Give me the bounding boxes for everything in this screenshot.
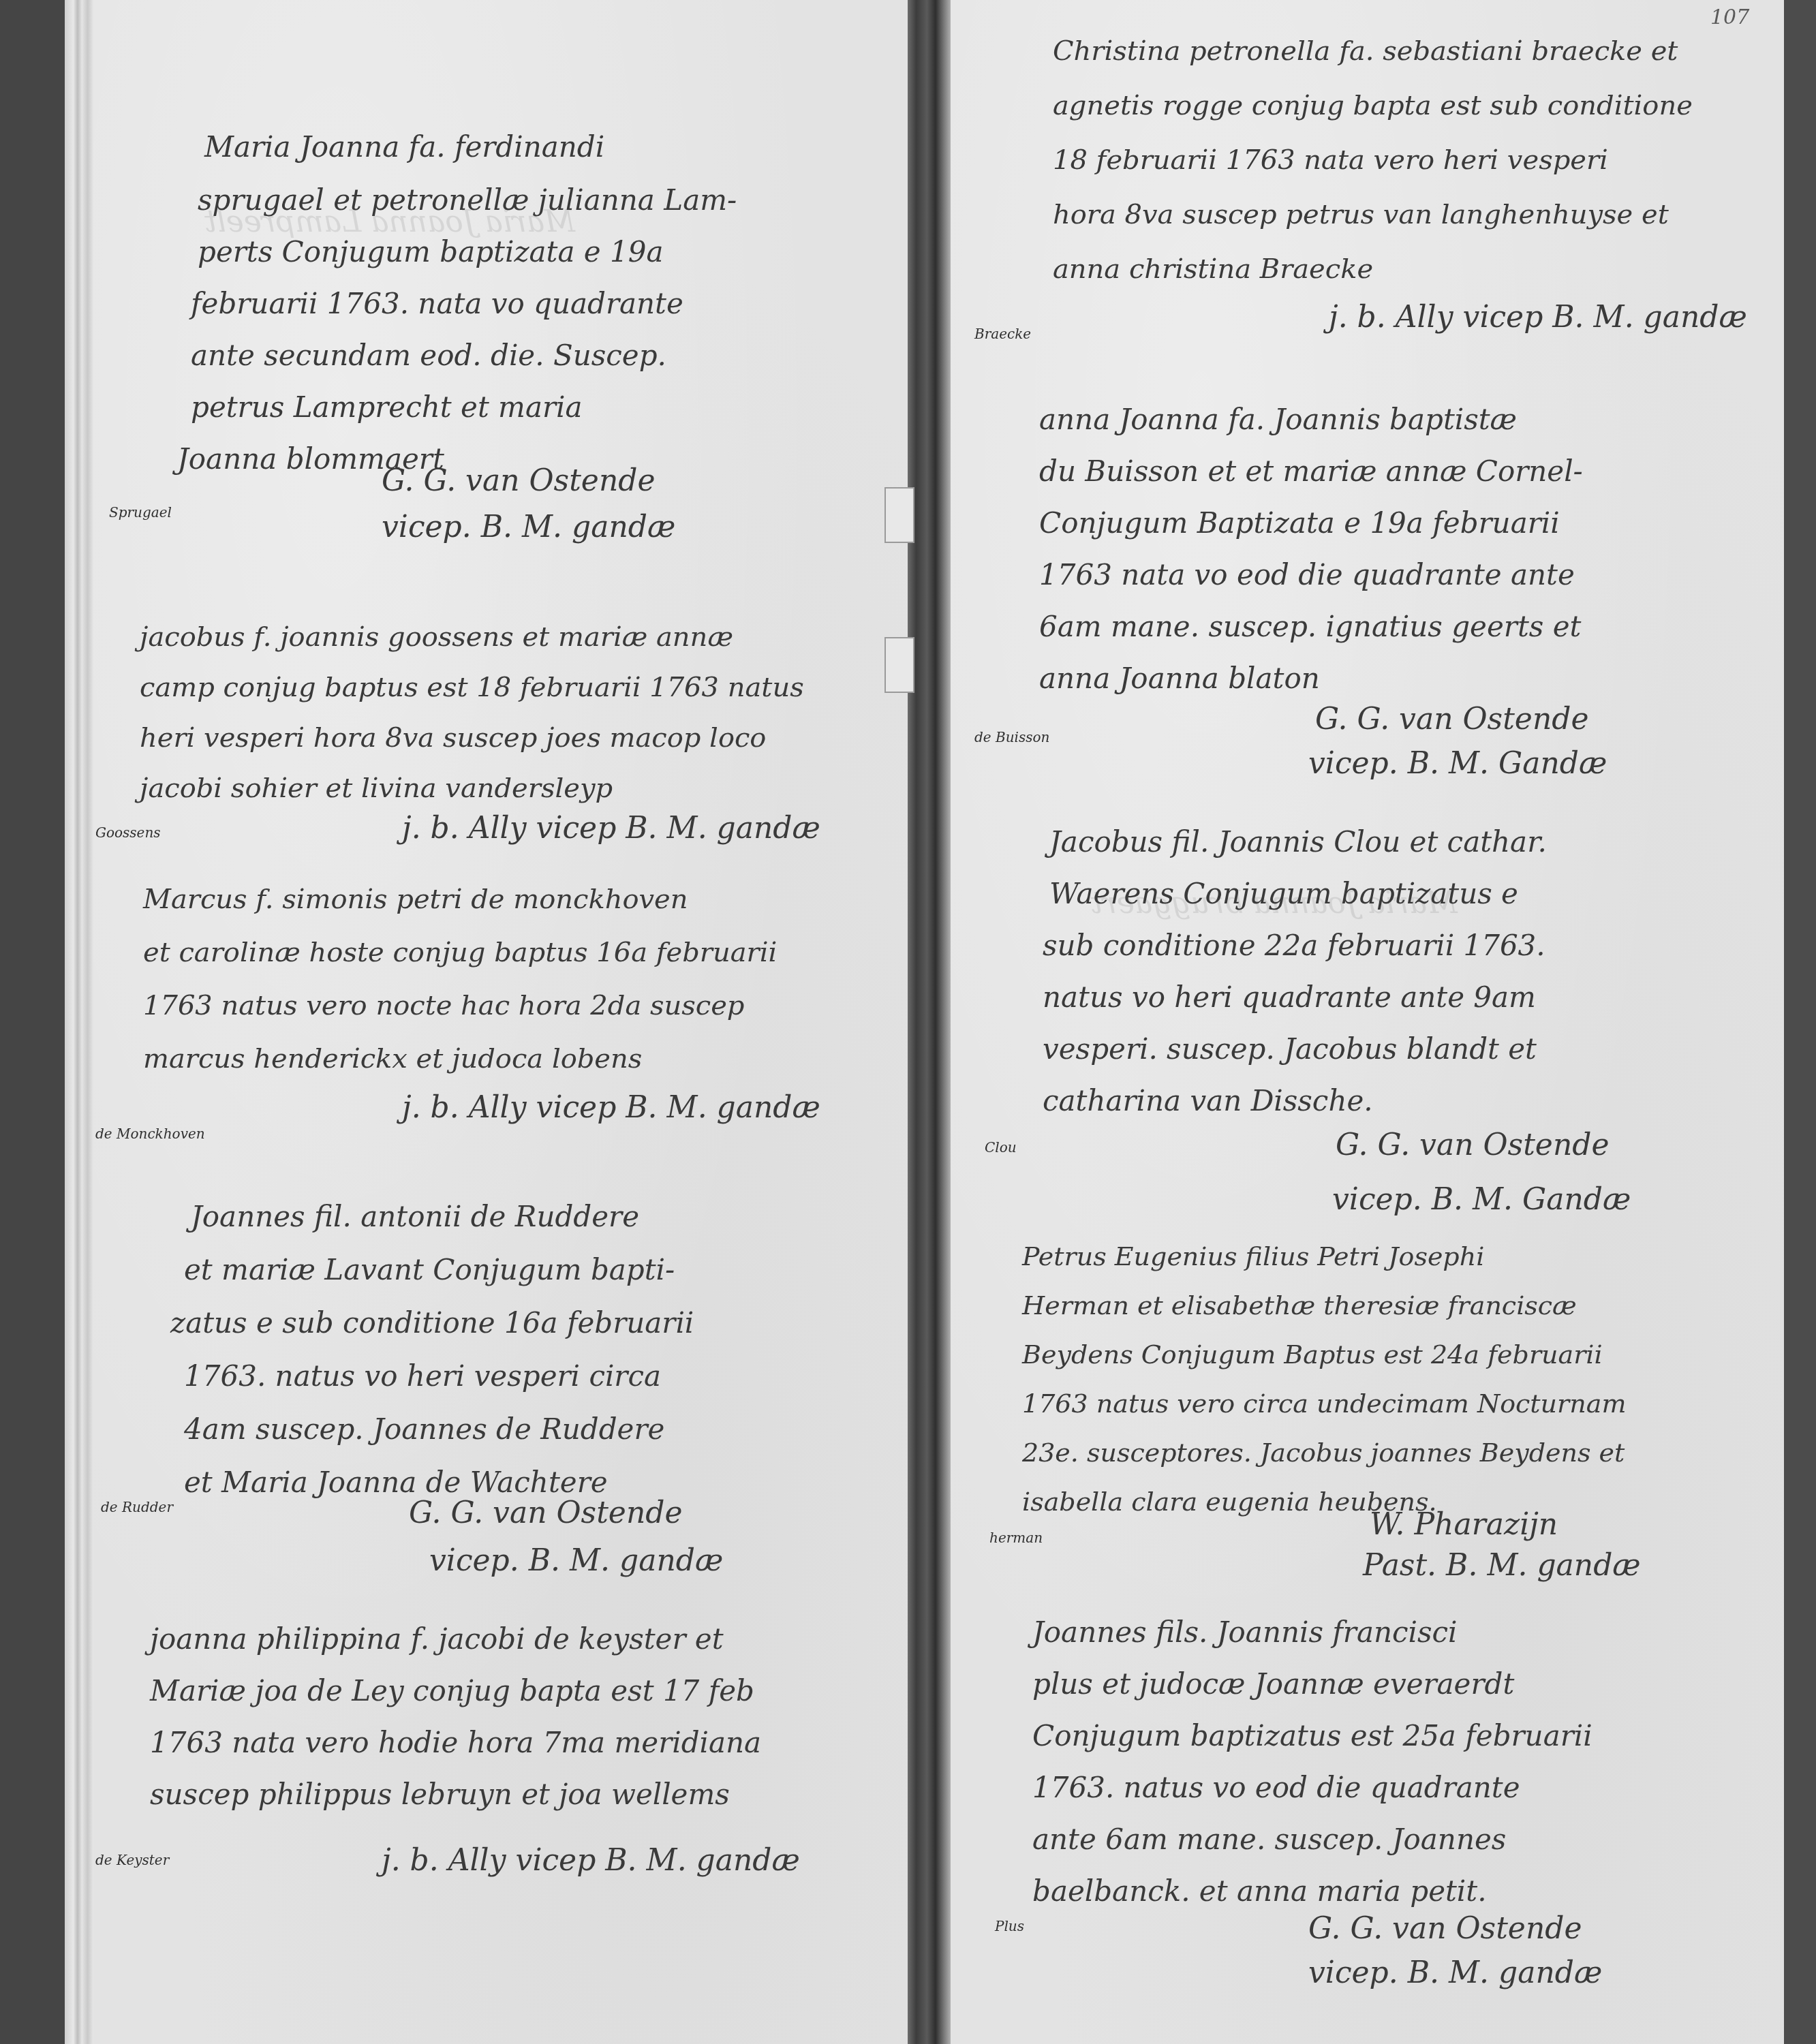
- entry-line: hora 8va suscep petrus van langhenhuyse …: [1053, 201, 1693, 255]
- entry-line: 1763 natus vero nocte hac hora 2da susce…: [143, 992, 777, 1045]
- margin-surname: herman: [989, 1530, 1043, 1546]
- scan-background-left: [0, 0, 65, 2044]
- officiant-signature: G. G. van Ostende: [409, 1496, 682, 1530]
- entry-line: Herman et elisabethæ theresiæ franciscæ: [1022, 1292, 1626, 1342]
- entry-line: Conjugum baptizatus est 25a februarii: [1032, 1722, 1592, 1774]
- entry-line: 1763. natus vo eod die quadrante: [1032, 1774, 1592, 1825]
- baptism-entry: jacobus f. joannis goossens et mariæ ann…: [140, 623, 804, 825]
- margin-surname: de Keyster: [95, 1852, 169, 1868]
- margin-surname: de Monckhoven: [95, 1126, 205, 1142]
- officiant-signature: vicep. B. M. gandæ: [382, 510, 675, 544]
- entry-line: camp conjug baptus est 18 februarii 1763…: [140, 674, 804, 724]
- entry-line: 4am suscep. Joannes de Ruddere: [184, 1415, 694, 1468]
- entry-line: suscep philippus lebruyn et joa wellems: [150, 1780, 761, 1832]
- page-number: 107: [1710, 5, 1749, 29]
- baptism-entry: Joannes fil. antonii de Ruddere et mariæ…: [170, 1203, 694, 1521]
- pastor-signature: Past. B. M. gandæ: [1363, 1548, 1641, 1583]
- entry-line: sub conditione 22a februarii 1763.: [1043, 931, 1547, 983]
- officiant-signature: j. b. Ally vicep B. M. gandæ: [402, 1090, 820, 1125]
- entry-line: et mariæ Lavant Conjugum bapti-: [184, 1256, 694, 1309]
- entry-line: 1763. natus vo heri vesperi circa: [184, 1362, 694, 1415]
- baptism-entry: Marcus f. simonis petri de monckhoven et…: [143, 886, 777, 1098]
- officiant-signature: j. b. Ally vicep B. M. gandæ: [382, 1843, 800, 1878]
- officiant-signature: G. G. van Ostende: [1336, 1128, 1609, 1162]
- margin-surname: Clou: [985, 1139, 1017, 1156]
- entry-line: et carolinæ hoste conjug baptus 16a febr…: [143, 939, 777, 992]
- entry-line: sprugael et petronellæ julianna Lam-: [198, 186, 737, 238]
- entry-line: zatus e sub conditione 16a februarii: [170, 1309, 694, 1362]
- baptism-entry: Joannes fils. Joannis francisci plus et …: [1032, 1618, 1592, 1929]
- officiant-signature: vicep. B. M. Gandæ: [1332, 1182, 1631, 1217]
- entry-line: Waerens Conjugum baptizatus e: [1049, 880, 1547, 931]
- officiant-signature: G. G. van Ostende: [382, 463, 655, 498]
- baptism-entry: Christina petronella fa. sebastiani brae…: [1053, 37, 1693, 310]
- margin-surname: de Buisson: [974, 729, 1049, 745]
- entry-line: Maria Joanna fa. ferdinandi: [204, 133, 737, 186]
- entry-line: ante secundam eod. die. Suscep.: [191, 341, 737, 393]
- margin-surname: Braecke: [974, 326, 1031, 342]
- entry-line: februarii 1763. nata vo quadrante: [191, 290, 737, 341]
- entry-line: 1763 natus vero circa undecimam Nocturna…: [1022, 1391, 1626, 1440]
- entry-line: heri vesperi hora 8va suscep joes macop …: [140, 724, 804, 775]
- entry-line: Mariæ joa de Ley conjug bapta est 17 feb: [150, 1677, 761, 1729]
- entry-line: Beydens Conjugum Baptus est 24a februari…: [1022, 1342, 1626, 1391]
- entry-line: ante 6am mane. suscep. Joannes: [1032, 1825, 1592, 1877]
- page-edges-left: [65, 0, 93, 2044]
- entry-line: joanna philippina f. jacobi de keyster e…: [150, 1625, 761, 1677]
- entry-line: petrus Lamprecht et maria: [191, 393, 737, 445]
- baptism-entry: joanna philippina f. jacobi de keyster e…: [150, 1625, 761, 1832]
- officiant-signature: vicep. B. M. gandæ: [1308, 1955, 1602, 1990]
- margin-surname: Sprugael: [109, 504, 172, 521]
- entry-line: 1763 nata vero hodie hora 7ma meridiana: [150, 1729, 761, 1780]
- entry-line: Joannes fil. antonii de Ruddere: [191, 1203, 694, 1256]
- officiant-signature: vicep. B. M. Gandæ: [1308, 746, 1607, 781]
- book-spine: [908, 0, 951, 2044]
- entry-line: natus vo heri quadrante ante 9am: [1043, 983, 1547, 1035]
- entry-line: du Buisson et et mariæ annæ Cornel-: [1039, 457, 1583, 509]
- entry-line: Petrus Eugenius filius Petri Josephi: [1022, 1243, 1626, 1292]
- entry-line: jacobus f. joannis goossens et mariæ ann…: [140, 623, 804, 674]
- officiant-signature: G. G. van Ostende: [1308, 1911, 1582, 1946]
- margin-surname: Goossens: [95, 824, 161, 841]
- entry-line: 1763 nata vo eod die quadrante ante: [1039, 561, 1583, 613]
- scan-background-right: [1784, 0, 1816, 2044]
- baptism-entry: Petrus Eugenius filius Petri Josephi Her…: [1015, 1243, 1626, 1538]
- officiant-signature: j. b. Ally vicep B. M. gandæ: [402, 811, 820, 846]
- baptism-entry: Jacobus fil. Joannis Clou et cathar. Wae…: [1029, 828, 1547, 1139]
- entry-line: 6am mane. suscep. ignatius geerts et: [1039, 613, 1583, 664]
- entry-line: perts Conjugum baptizata e 19a: [198, 238, 737, 290]
- margin-surname: de Rudder: [101, 1499, 173, 1515]
- officiant-signature: G. G. van Ostende: [1315, 702, 1588, 737]
- entry-line: Conjugum Baptizata e 19a februarii: [1039, 509, 1583, 561]
- entry-line: Jacobus fil. Joannis Clou et cathar.: [1049, 828, 1547, 880]
- entry-line: agnetis rogge conjug bapta est sub condi…: [1053, 92, 1693, 146]
- entry-line: 23e. susceptores. Jacobus joannes Beyden…: [1022, 1440, 1626, 1489]
- entry-line: vesperi. suscep. Jacobus blandt et: [1043, 1035, 1547, 1087]
- baptism-entry: Maria Joanna fa. ferdinandi sprugael et …: [143, 133, 737, 497]
- binding-tab: [884, 487, 914, 543]
- entry-line: Marcus f. simonis petri de monckhoven: [143, 886, 777, 939]
- baptism-entry: anna Joanna fa. Joannis baptistæ du Buis…: [1012, 405, 1583, 716]
- entry-line: Christina petronella fa. sebastiani brae…: [1053, 37, 1693, 92]
- entry-line: Joannes fils. Joannis francisci: [1032, 1618, 1592, 1670]
- entry-line: plus et judocæ Joannæ everaerdt: [1032, 1670, 1592, 1722]
- entry-line: 18 februarii 1763 nata vero heri vesperi: [1053, 146, 1693, 201]
- officiant-signature: vicep. B. M. gandæ: [429, 1543, 723, 1578]
- margin-surname: Plus: [995, 1918, 1024, 1934]
- entry-line: anna Joanna fa. Joannis baptistæ: [1039, 405, 1583, 457]
- pastor-signature: W. Pharazijn: [1370, 1507, 1558, 1542]
- officiant-signature: j. b. Ally vicep B. M. gandæ: [1329, 300, 1747, 335]
- binding-tab: [884, 637, 914, 693]
